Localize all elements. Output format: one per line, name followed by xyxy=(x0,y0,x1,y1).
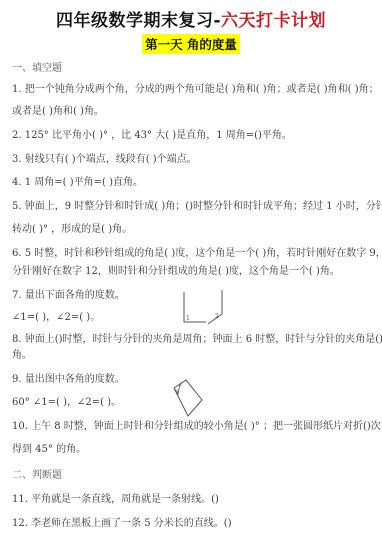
question-line: 角。 xyxy=(12,346,32,361)
question-line: 5. 钟面上，9 时整分针和时针成( )角；()时整分针和时针成平角；经过 1 … xyxy=(12,197,382,212)
angle-label: 1 xyxy=(176,389,179,395)
question-line: 12. 李老师在黑板上画了一条 5 分米长的直线。() xyxy=(12,514,232,529)
question-line: 或者是( )角和( )角。 xyxy=(12,102,104,117)
angle-label: 1 xyxy=(186,315,190,322)
section-judge: 二、判断题 xyxy=(12,466,62,481)
section-fill-blank: 一、填空题 xyxy=(12,59,62,74)
question-line: 10. 上午 8 时整，钟面上时针和分针组成的较小角是( )° ；把一张圆形纸片… xyxy=(12,417,382,432)
question-line: 60° ∠1=( )，∠2=( )。 xyxy=(12,393,121,408)
question-line: 1. 把一个钝角分成两个角，分成的两个角可能是( )角和( )角；或者是( )角… xyxy=(12,80,379,95)
angle-label: 2 xyxy=(179,382,182,388)
question-line: 7. 量出下面各角的度数。 xyxy=(12,286,125,301)
question-line: 3. 射线只有( )个端点，线段有( )个端点。 xyxy=(12,150,197,165)
q7-angle-figure: 1 2 xyxy=(178,288,238,330)
question-line: 6. 5 时整，时针和秒针组成的角是( )度，这个角是一个( )角，若时针刚好在… xyxy=(12,244,382,259)
title-main: 四年级数学期末复习- xyxy=(56,11,221,31)
angle-label: 2 xyxy=(215,313,219,320)
page-title: 四年级数学期末复习-六天打卡计划 xyxy=(0,6,382,31)
subtitle: 第一天 角的度量 xyxy=(142,34,240,54)
question-line: 2. 125° 比平角小( )° ，比 43° 大( )是直角，1 周角=()平… xyxy=(12,126,292,141)
q9-quadrilateral-figure: 2 1 xyxy=(168,374,218,420)
question-line: 9. 量出图中各角的度数。 xyxy=(12,370,125,385)
question-line: 8. 钟面上()时整，时针与分针的夹角是周角；钟面上 6 时整，时针与分针的夹角… xyxy=(12,330,382,345)
question-line: 4. 1 周角=( )平角=( )直角。 xyxy=(12,173,143,188)
question-line: ∠1=( )，∠2=( )。 xyxy=(12,308,100,323)
question-line: 转动( )° ，形成的是( )角。 xyxy=(12,220,132,235)
title-highlight: 六天打卡计划 xyxy=(221,11,326,31)
question-line: 11. 平角就是一条直线，周角就是一条射线。() xyxy=(12,490,219,505)
question-line: 得到 45° 的角。 xyxy=(12,440,86,455)
question-line: 分针刚好在数字 12，则时针和分针组成的角是( )度，这个角是一个( )角。 xyxy=(12,262,340,277)
